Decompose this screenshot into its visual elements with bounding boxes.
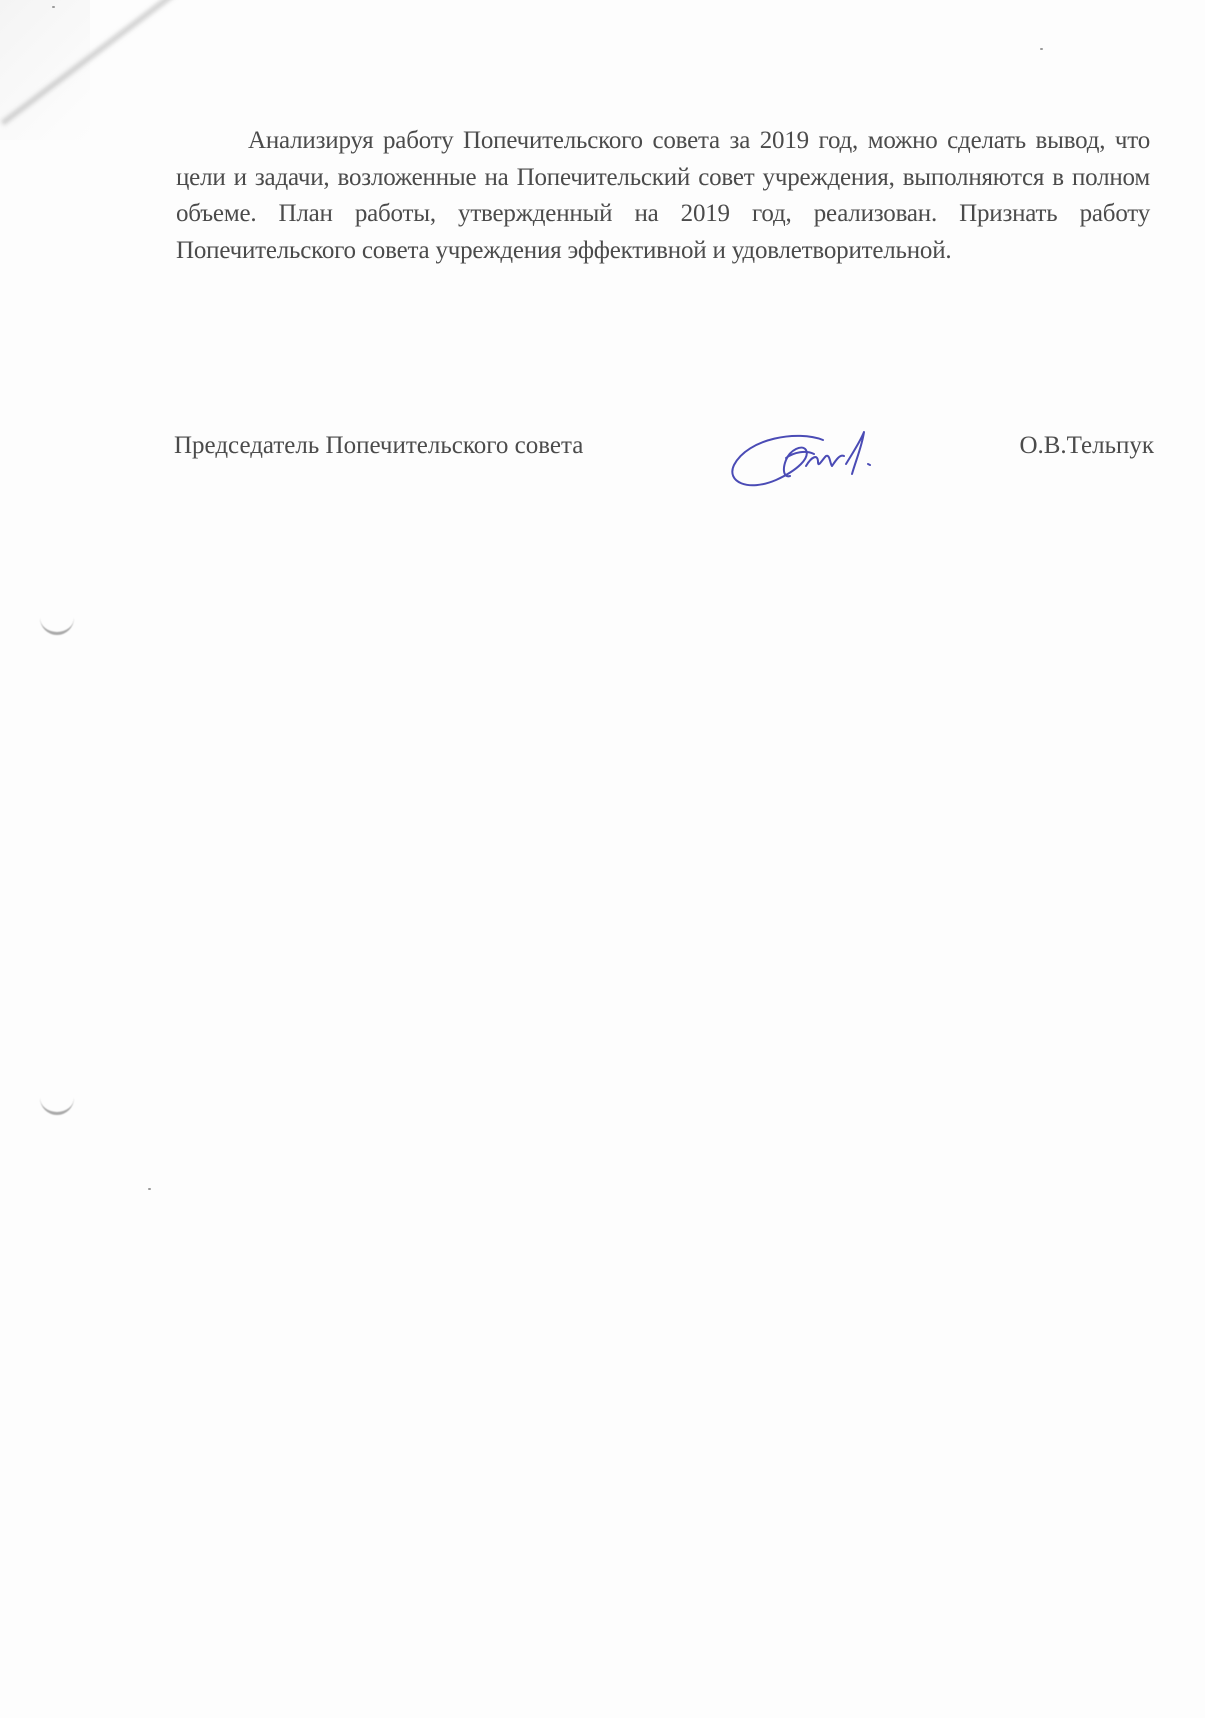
scan-speck	[148, 1188, 151, 1190]
signatory-name: О.В.Тельпук	[1019, 432, 1154, 460]
scanned-page: Анализируя работу Попечительского совета…	[0, 0, 1205, 1718]
signature-block: Председатель Попечительского совета О.В.…	[174, 432, 1154, 472]
scan-speck	[1040, 48, 1043, 50]
signatory-role: Председатель Попечительского совета	[174, 432, 583, 460]
body-paragraph: Анализируя работу Попечительского совета…	[176, 123, 1150, 269]
handwritten-signature-icon	[728, 420, 888, 500]
punch-hole-mark	[40, 610, 74, 635]
scan-speck	[52, 6, 55, 8]
punch-hole-mark	[40, 1090, 74, 1115]
